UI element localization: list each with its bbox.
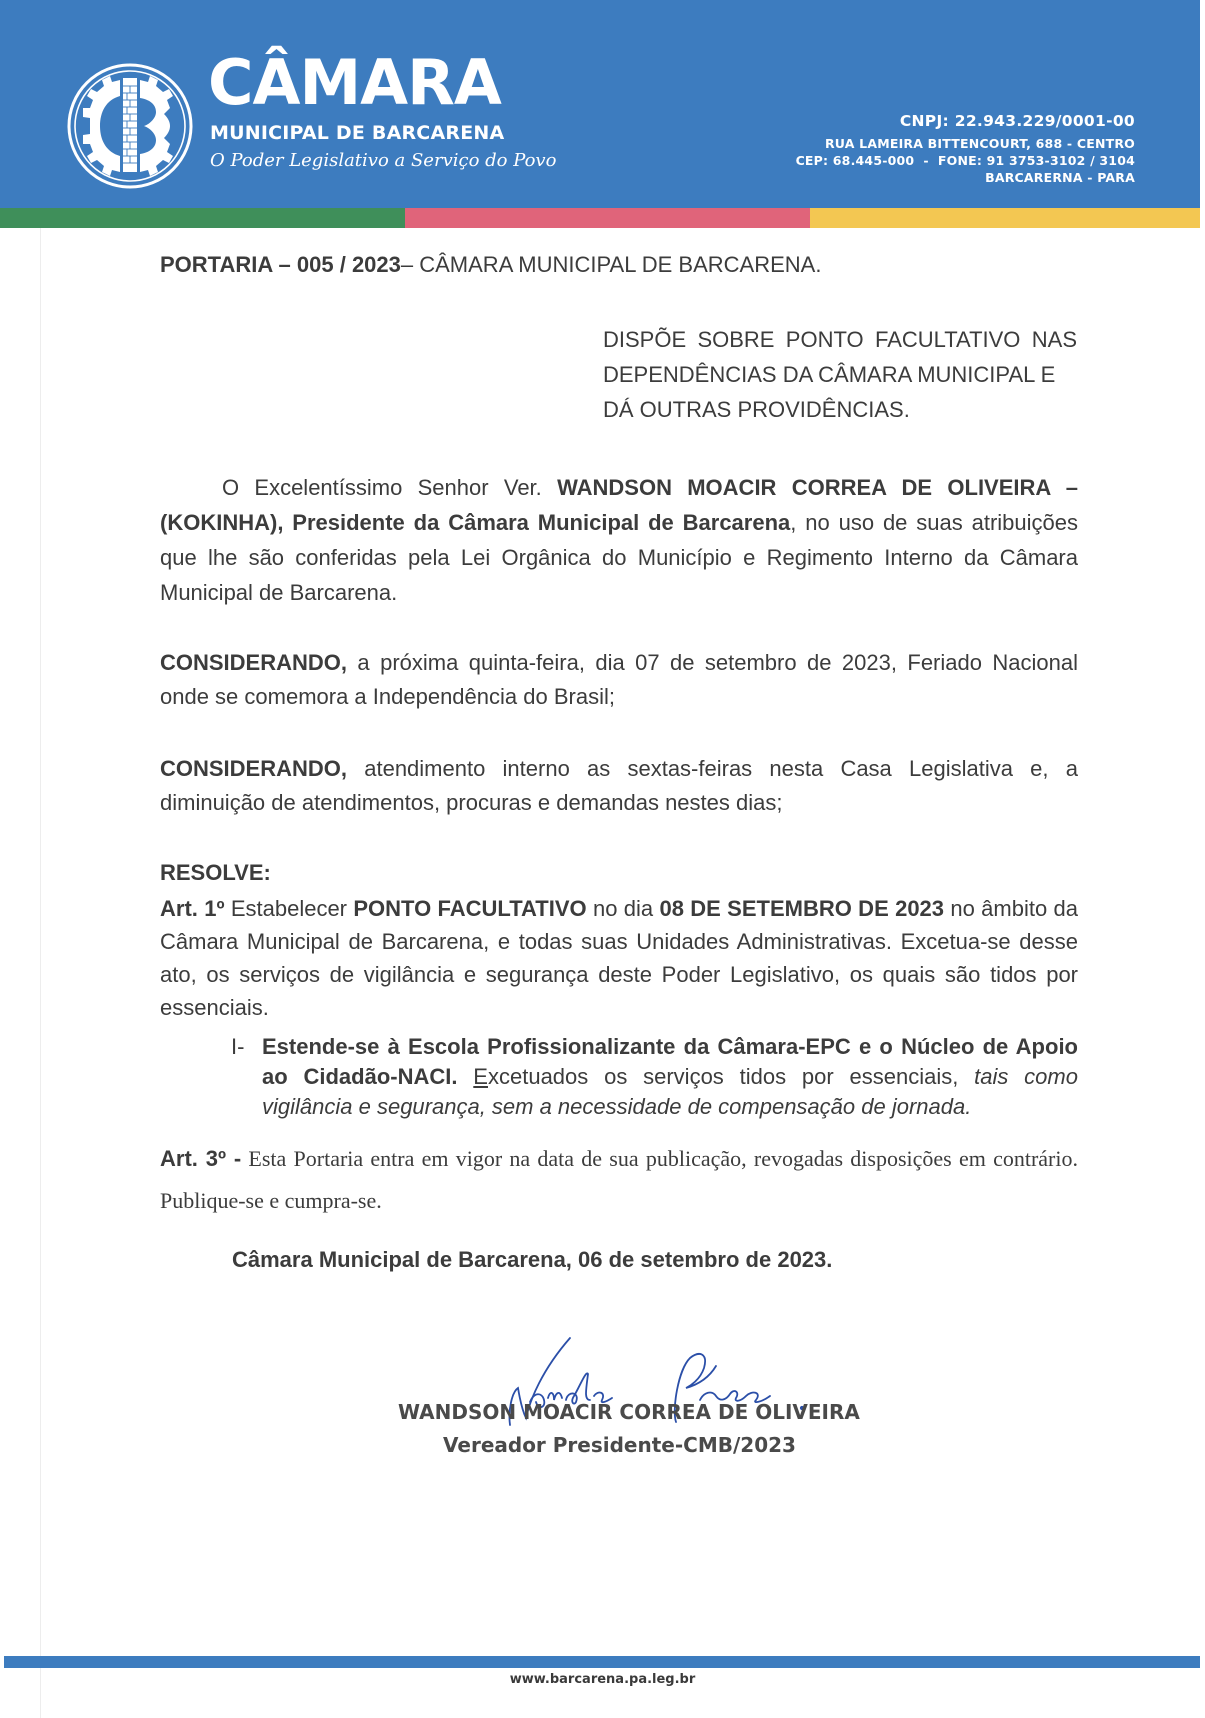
article-3-label: Art. 3º - [160,1146,241,1171]
article-1-date: 08 DE SETEMBRO DE 2023 [659,896,944,921]
address: RUA LAMEIRA BITTENCOURT, 688 - CENTRO [796,135,1135,152]
portaria-issuer: – CÂMARA MUNICIPAL DE BARCARENA. [401,252,822,277]
article-1-emphasis: PONTO FACULTATIVO [353,896,586,921]
cnpj: CNPJ: 22.943.229/0001-00 [796,112,1135,130]
brand-slogan: O Poder Legislativo a Serviço do Povo [210,150,556,171]
brand-subtitle: MUNICIPAL DE BARCARENA [210,122,504,144]
footer-website-link[interactable]: www.barcarena.pa.leg.br [0,1672,1205,1687]
city: BARCARERNA - PARA [796,169,1135,186]
cep-phone: CEP: 68.445-000 - FONE: 91 3753-3102 / 3… [796,152,1135,169]
ementa-line-1: DISPÕE SOBRE PONTO FACULTATIVO NAS [603,322,1077,357]
stripe-green [0,208,405,228]
preamble-intro: O Excelentíssimo Senhor Ver. [222,475,557,500]
camara-barcarena-emblem-icon [66,62,194,190]
brand-title: CÂMARA [208,52,501,114]
preamble: O Excelentíssimo Senhor Ver. WANDSON MOA… [160,470,1078,610]
document-title: PORTARIA – 005 / 2023– CÂMARA MUNICIPAL … [160,248,821,281]
considerando-label: CONSIDERANDO, [160,650,347,675]
letterhead-header: CÂMARA MUNICIPAL DE BARCARENA O Poder Le… [0,0,1200,208]
footer-bar [4,1656,1200,1668]
considerando-label: CONSIDERANDO, [160,756,347,781]
item-1-plain: xcetuados os serviços tidos por essencia… [488,1064,974,1089]
article-3: Art. 3º - Esta Portaria entra em vigor n… [160,1138,1078,1222]
stripe-yellow [810,208,1200,228]
article-1: Art. 1º Estabelecer PONTO FACULTATIVO no… [160,892,1078,1024]
article-1-text: Estabelecer [225,896,354,921]
article-1-text: no dia [587,896,660,921]
signatory-role: Vereador Presidente-CMB/2023 [443,1433,796,1457]
dateline: Câmara Municipal de Barcarena, 06 de set… [232,1243,832,1276]
considerando-2: CONSIDERANDO, atendimento interno as sex… [160,752,1078,820]
signatory-name: WANDSON MOACIR CORREA DE OLIVEIRA [398,1400,860,1424]
ementa-rest: DEPENDÊNCIAS DA CÂMARA MUNICIPAL E DÁ OU… [603,362,1055,422]
article-1-label: Art. 1º [160,896,225,921]
portaria-number: PORTARIA – 005 / 2023 [160,252,401,277]
item-1-marker: I- [231,1032,244,1062]
article-3-text: Esta Portaria entra em vigor na data de … [160,1146,1078,1213]
ementa: DISPÕE SOBRE PONTO FACULTATIVO NAS DEPEN… [603,322,1077,427]
scan-margin-line [40,0,41,1718]
item-1-first-letter: E [473,1064,488,1089]
stripe-pink [405,208,810,228]
item-1: Estende-se à Escola Profissionalizante d… [262,1032,1078,1122]
resolve-heading: RESOLVE: [160,856,271,889]
considerando-1: CONSIDERANDO, a próxima quinta-feira, di… [160,646,1078,714]
contact-block: CNPJ: 22.943.229/0001-00 RUA LAMEIRA BIT… [796,112,1135,186]
